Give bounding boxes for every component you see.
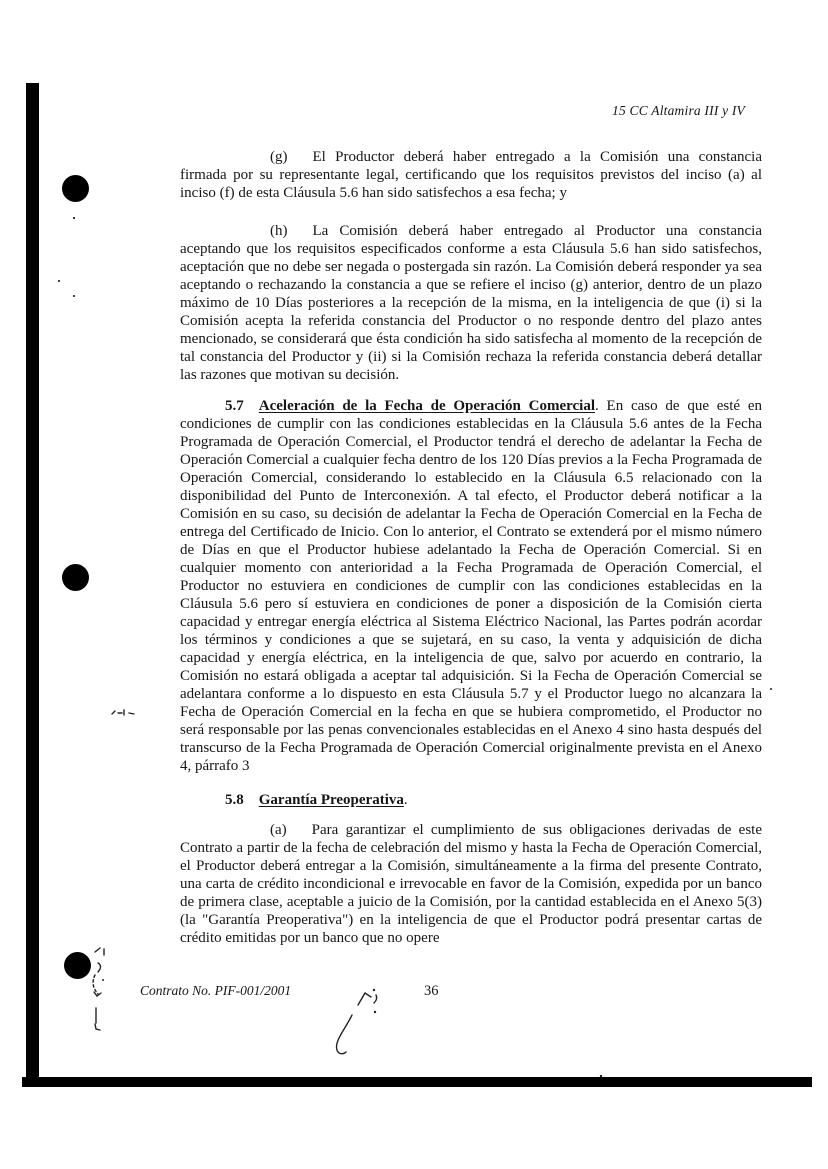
clause-a-label: (a) <box>270 822 287 838</box>
footer-contract-number: Contrato No. PIF-001/2001 <box>140 983 291 999</box>
section-5-7-paragraph: 5.7Aceleración de la Fecha de Operación … <box>180 397 762 775</box>
clause-g-paragraph: (g)El Productor deberá haber entregado a… <box>180 148 762 202</box>
handwritten-squiggle <box>325 980 387 1062</box>
clause-h-label: (h) <box>270 223 288 239</box>
scan-specks <box>73 217 75 219</box>
header-case-note: 15 CC Altamira III y IV <box>612 103 745 119</box>
left-binding-scan-bar <box>26 83 39 1082</box>
bottom-scan-bar <box>22 1077 812 1087</box>
clause-g-label: (g) <box>270 149 288 165</box>
section-5-7-text: . En caso de que esté en condiciones de … <box>180 398 762 774</box>
section-5-8-number: 5.8 <box>225 792 244 808</box>
hole-punch-mark <box>62 175 89 202</box>
clause-g-text: El Productor deberá haber entregado a la… <box>180 149 762 201</box>
section-5-8-title: Garantía Preoperativa <box>259 792 404 808</box>
contract-text-column: (g)El Productor deberá haber entregado a… <box>180 148 762 947</box>
page-number: 36 <box>424 983 439 1000</box>
section-5-7-title: Aceleración de la Fecha de Operación Com… <box>259 398 595 414</box>
hole-punch-mark <box>62 564 89 591</box>
section-5-7-number: 5.7 <box>225 398 244 414</box>
scanned-contract-page: 15 CC Altamira III y IV (g)El Productor … <box>0 0 828 1169</box>
clause-a-paragraph: (a)Para garantizar el cumplimiento de su… <box>180 821 762 947</box>
section-5-8-period: . <box>404 792 408 808</box>
clause-h-paragraph: (h)La Comisión deberá haber entregado al… <box>180 222 762 384</box>
clause-h-text: La Comisión deberá haber entregado al Pr… <box>180 223 762 383</box>
margin-scribble <box>110 706 140 720</box>
section-5-8-heading: 5.8Garantía Preoperativa. <box>180 791 762 809</box>
clause-a-text: Para garantizar el cumplimiento de sus o… <box>180 822 762 946</box>
handwritten-margin-annotation <box>85 944 111 1036</box>
